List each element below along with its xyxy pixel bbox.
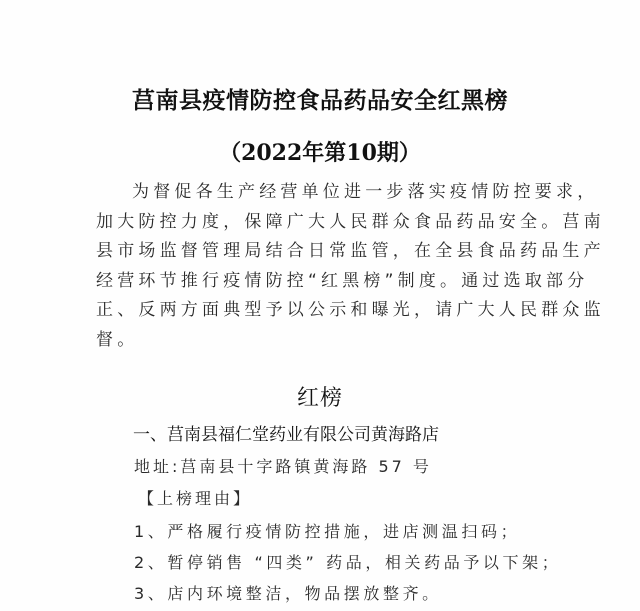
red-list-heading: 红榜 — [0, 381, 640, 412]
document-title: 莒南县疫情防控食品药品安全红黑榜 — [0, 82, 640, 115]
red-list-company-address: 地址:莒南县十字路镇黄海路 57 号 — [134, 454, 432, 477]
intro-line: 为督促各生产经营单位进一步落实疫情防控要求， — [96, 178, 556, 208]
document-page: 莒南县疫情防控食品药品安全红黑榜 （2022年第10期） 为督促各生产经营单位进… — [0, 0, 640, 611]
reason-header: 【上榜理由】 — [138, 486, 252, 509]
document-issue-subtitle: （2022年第10期） — [0, 136, 640, 167]
intro-line: 经营环节推行疫情防控“红黑榜”制度。通过选取部分 — [96, 267, 556, 297]
intro-line: 县市场监督管理局结合日常监管，在全县食品药品生产 — [96, 237, 556, 267]
intro-line: 督。 — [96, 326, 556, 356]
reason-list: 1、严格履行疫情防控措施，进店测温扫码； 2、暂停销售 “四类” 药品，相关药品… — [134, 516, 561, 609]
intro-line: 正、反两方面典型予以公示和曝光，请广大人民群众监 — [96, 296, 556, 326]
reason-item: 2、暂停销售 “四类” 药品，相关药品予以下架； — [134, 547, 561, 578]
reason-item: 3、店内环境整洁，物品摆放整齐。 — [134, 578, 561, 609]
reason-item: 1、严格履行疫情防控措施，进店测温扫码； — [134, 516, 561, 547]
intro-line: 加大防控力度，保障广大人民群众食品药品安全。莒南 — [96, 208, 556, 238]
intro-paragraph: 为督促各生产经营单位进一步落实疫情防控要求， 加大防控力度，保障广大人民群众食品… — [96, 178, 556, 355]
red-list-company-name: 一、莒南县福仁堂药业有限公司黄海路店 — [133, 420, 439, 445]
